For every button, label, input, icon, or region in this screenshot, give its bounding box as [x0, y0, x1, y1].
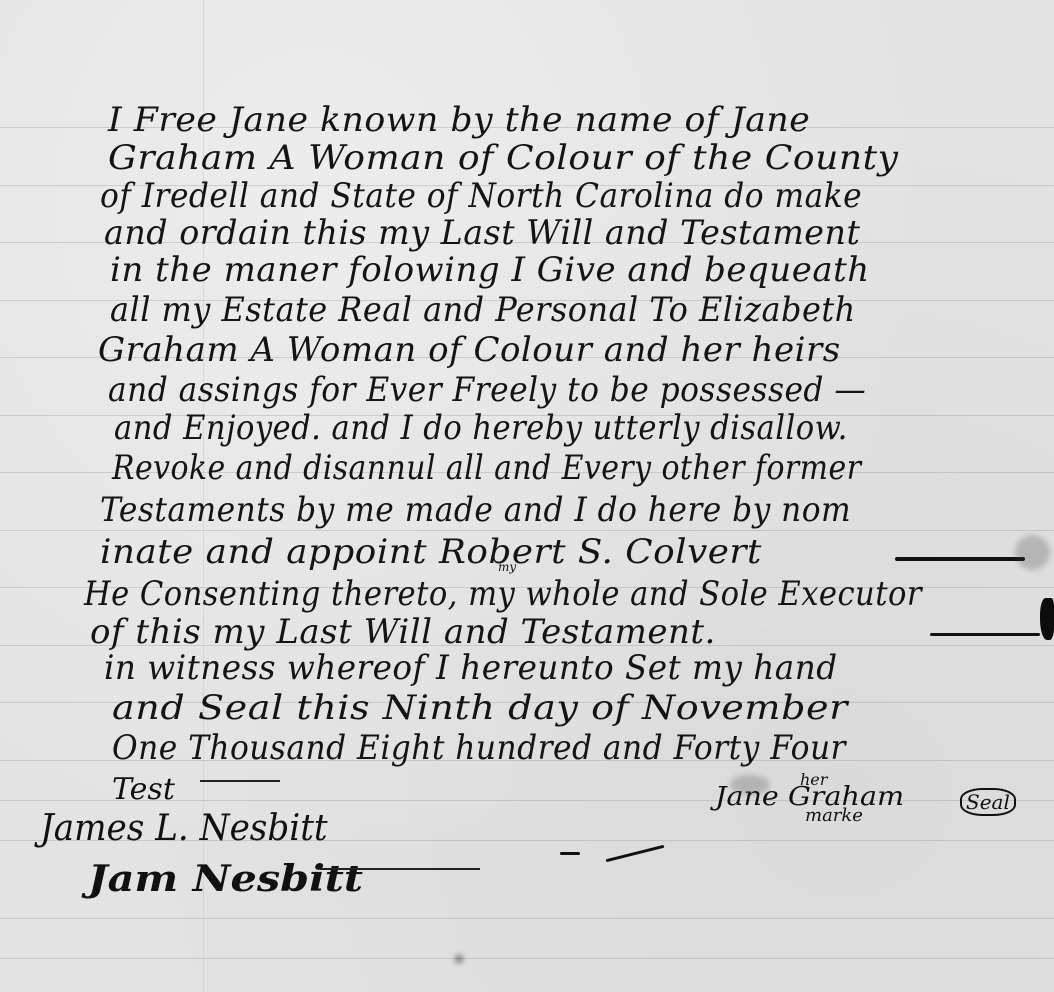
- will-line-9: and Enjoyed. and I do hereby utterly dis…: [114, 408, 848, 448]
- signature-stroke: [606, 845, 665, 862]
- ink-smudge: [1015, 535, 1050, 570]
- will-line-7: Graham A Woman of Colour and her heirs: [98, 330, 841, 370]
- ruled-line: [0, 530, 1054, 531]
- will-line-13: He Consenting thereto, my whole and Sole…: [84, 574, 922, 614]
- ink-blot: [1040, 598, 1054, 640]
- will-line-12: inate and appoint Robert S. Colvert: [100, 532, 762, 572]
- will-line-16: and Seal this Ninth day of November: [112, 688, 848, 728]
- ruled-line: [0, 918, 1054, 919]
- will-line-2: Graham A Woman of Colour of the County: [108, 138, 898, 178]
- will-line-8: and assings for Ever Freely to be posses…: [108, 370, 866, 410]
- will-line-17: One Thousand Eight hundred and Forty Fou…: [112, 728, 846, 768]
- will-line-10: Revoke and disannul all and Every other …: [112, 448, 861, 488]
- witness-signature-2: Jam Nesbitt: [88, 858, 363, 900]
- mark-label: marke: [805, 805, 863, 826]
- ink-smudge: [730, 775, 770, 795]
- will-line-15: in witness whereof I hereunto Set my han…: [104, 648, 838, 688]
- will-line-14: of this my Last Will and Testament.: [90, 612, 716, 652]
- signature-stroke: [560, 852, 580, 855]
- will-line-11: Testaments by me made and I do here by n…: [100, 490, 851, 530]
- ruled-line: [0, 958, 1054, 959]
- will-line-1: I Free Jane known by the name of Jane: [108, 100, 810, 140]
- interlineation-my: my: [498, 560, 516, 574]
- will-line-5: in the maner folowing I Give and bequeat…: [110, 250, 870, 290]
- will-line-6: all my Estate Real and Personal To Eliza…: [110, 290, 856, 330]
- will-line-4: and ordain this my Last Will and Testame…: [104, 213, 860, 253]
- attestation-underline: [200, 780, 280, 782]
- her-label: her: [800, 770, 827, 789]
- witness-signature-1: James L. Nesbitt: [40, 808, 328, 849]
- witness-underline: [320, 868, 480, 870]
- attestation-label: Test: [112, 772, 175, 807]
- document-page: I Free Jane known by the name of Jane Gr…: [0, 0, 1054, 992]
- line-filler-stroke: [930, 633, 1040, 636]
- ink-spot: [455, 955, 463, 963]
- line-filler-stroke: [895, 557, 1025, 561]
- will-line-3: of Iredell and State of North Carolina d…: [100, 176, 862, 216]
- seal-label: Seal: [960, 788, 1016, 816]
